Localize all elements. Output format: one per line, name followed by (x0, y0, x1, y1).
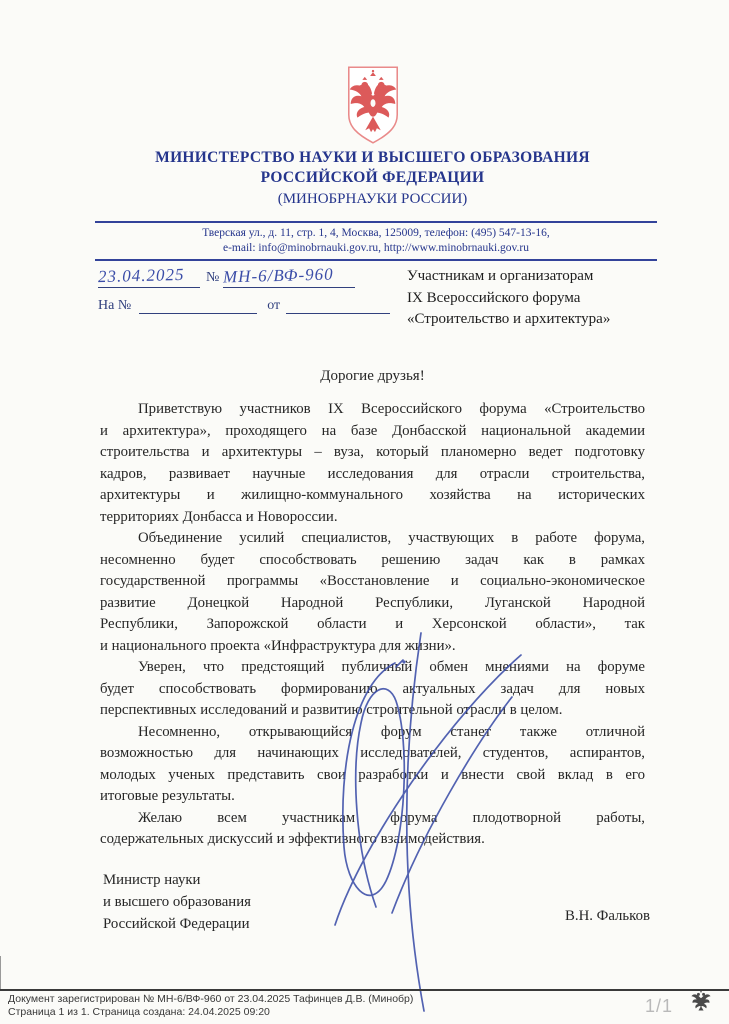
paragraph-line: содержательных дискуссий и эффективного … (100, 829, 645, 851)
paragraph-line: возможностью для начинающих исследовател… (100, 743, 645, 765)
paragraph-line: итоговые результаты. (100, 786, 645, 808)
paragraph: Уверен, что предстоящий публичный обмен … (100, 657, 645, 722)
page-created-line: Страница 1 из 1. Страница создана: 24.04… (8, 1006, 413, 1019)
incoming-number-label: На № (98, 298, 131, 314)
coat-of-arms-icon (342, 64, 404, 146)
document-date-handwritten: 23.04.2025 (98, 265, 185, 287)
recipient-line: Участникам и организаторам (407, 266, 662, 288)
header-divider-bottom (95, 259, 657, 261)
paragraph-line: Приветствую участников IX Всероссийского… (100, 399, 645, 421)
document-number-handwritten: МН-6/ВФ-960 (223, 265, 334, 288)
paragraph-line: Желаю всем участникам форума плодотворно… (100, 808, 645, 830)
letter-page: МИНИСТЕРСТВО НАУКИ И ВЫСШЕГО ОБРАЗОВАНИЯ… (0, 0, 729, 1024)
from-date-blank (286, 297, 390, 314)
paragraph-line: государственной программы «Восстановлени… (100, 571, 645, 593)
number-sign-label: № (206, 270, 219, 286)
registration-stamp: Документ зарегистрирован № МН-6/ВФ-960 о… (8, 993, 413, 1018)
signer-position: Министр науки и высшего образования Росс… (103, 869, 251, 935)
paragraph-line: Уверен, что предстоящий публичный обмен … (100, 657, 645, 679)
footer-eagle-icon (689, 990, 713, 1012)
ministry-short-name: (МИНОБРНАУКИ РОССИИ) (60, 189, 685, 209)
letter-body: Приветствую участников IX Всероссийского… (100, 399, 645, 851)
paragraph: Несомненно, открывающийся форум станет т… (100, 722, 645, 808)
paragraph-line: перспективных исследований и развитию ст… (100, 700, 645, 722)
from-date-label: от (267, 298, 280, 314)
ministry-address: Тверская ул., д. 11, стр. 1, 4, Москва, … (95, 226, 657, 256)
paragraph-line: Республики, Запорожской области и Херсон… (100, 614, 645, 636)
paragraph-line: архитектуры и жилищно-коммунального хозя… (100, 485, 645, 507)
ministry-name-line1: МИНИСТЕРСТВО НАУКИ И ВЫСШЕГО ОБРАЗОВАНИЯ (60, 148, 685, 168)
paragraph-line: и архитектура», проходящего на базе Донб… (100, 421, 645, 443)
paragraph-line: развитие Донецкой Народной Республики, Л… (100, 593, 645, 615)
paragraph-line: несомненно будет способствовать решению … (100, 550, 645, 572)
signer-position-line: Министр науки (103, 869, 251, 891)
signer-position-line: и высшего образования (103, 891, 251, 913)
recipient-line: «Строительство и архитектура» (407, 309, 662, 331)
paragraph-line: и национального проекта «Инфраструктура … (100, 636, 645, 658)
paragraph-line: строительства и архитектуры – вуза, кото… (100, 442, 645, 464)
page-indicator: 1/1 (645, 996, 673, 1017)
footer-divider (0, 989, 729, 991)
paragraph-line: Объединение усилий специалистов, участву… (100, 528, 645, 550)
paragraph-line: Несомненно, открывающийся форум станет т… (100, 722, 645, 744)
paragraph: Желаю всем участникам форума плодотворно… (100, 808, 645, 851)
address-line2: e-mail: info@minobrnauki.gov.ru, http://… (95, 241, 657, 256)
recipient-block: Участникам и организаторам IX Всероссийс… (407, 266, 662, 331)
address-line1: Тверская ул., д. 11, стр. 1, 4, Москва, … (95, 226, 657, 241)
paragraph-line: кадров, развивает научные исследования д… (100, 464, 645, 486)
scan-edge-artifact (0, 956, 1, 989)
ministry-name-line2: РОССИЙСКОЙ ФЕДЕРАЦИИ (60, 168, 685, 188)
reference-block: 23.04.2025 № МН-6/ВФ-960 На № от (98, 266, 398, 314)
registration-line: Документ зарегистрирован № МН-6/ВФ-960 о… (8, 993, 413, 1006)
incoming-number-blank (139, 297, 257, 314)
paragraph-line: территориях Донбасса и Новороссии. (100, 507, 645, 529)
recipient-line: IX Всероссийского форума (407, 288, 662, 310)
header-divider-top (95, 221, 657, 223)
salutation: Дорогие друзья! (100, 368, 645, 385)
signer-name: В.Н. Фальков (500, 908, 650, 925)
paragraph: Приветствую участников IX Всероссийского… (100, 399, 645, 528)
paragraph-line: будет способствовать формированию актуал… (100, 679, 645, 701)
signer-position-line: Российской Федерации (103, 913, 251, 935)
paragraph: Объединение усилий специалистов, участву… (100, 528, 645, 657)
paragraph-line: молодых ученых представить свои разработ… (100, 765, 645, 787)
ministry-header: МИНИСТЕРСТВО НАУКИ И ВЫСШЕГО ОБРАЗОВАНИЯ… (60, 148, 685, 209)
